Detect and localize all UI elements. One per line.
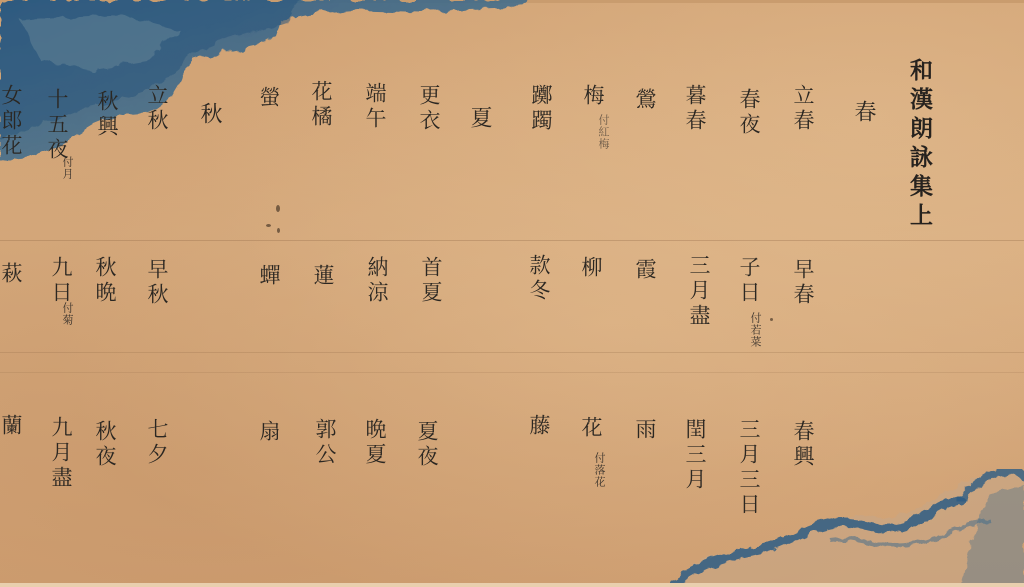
topic-kokonoka: 九日 (50, 256, 71, 306)
topic-fuji: 藤 (528, 414, 549, 439)
topic-ogi: 扇 (258, 420, 279, 445)
annotation-kiku: 付菊 (62, 302, 73, 326)
topic-jugoya: 十五夜 (46, 88, 67, 163)
fold-line (0, 352, 1024, 353)
ink-speck (266, 224, 271, 227)
topic-shuka: 首夏 (420, 256, 441, 306)
topic-tanabata: 七夕 (146, 418, 167, 468)
book-title: 和漢朗詠集上 (908, 58, 931, 232)
topic-tango: 端午 (364, 82, 385, 132)
topic-kugatsujin: 九月盡 (50, 416, 71, 491)
topic-yamabuki: 款冬 (528, 254, 549, 304)
topic-hana: 花 (580, 416, 601, 441)
fold-line (0, 372, 1024, 373)
topic-shunkyo: 春興 (792, 420, 813, 470)
topic-yanagi: 柳 (580, 256, 601, 281)
blue-cloud-decoration-top (0, 0, 540, 170)
manuscript-page: 和漢朗詠集上 春 立春 春夜 暮春 鶯 梅 付紅梅 躑躅 夏 更衣 端午 花橘 … (0, 0, 1024, 587)
topic-kasumi: 霞 (634, 258, 655, 283)
topic-shunya: 春夜 (738, 88, 759, 138)
topic-shukyo: 秋興 (96, 90, 117, 140)
topic-sangatsumikka: 三月三日 (738, 418, 759, 518)
topic-hotaru: 螢 (258, 86, 279, 111)
blue-cloud-decoration-bottom (660, 465, 1024, 587)
topic-soshu: 早秋 (146, 258, 167, 308)
topic-hanatachibana: 花橘 (310, 80, 331, 130)
topic-uguisu: 鶯 (634, 88, 655, 113)
annotation-kobai: 付紅梅 (598, 114, 609, 150)
ink-speck (277, 228, 280, 233)
topic-risshun: 立春 (792, 84, 813, 134)
topic-boshun: 暮春 (684, 84, 705, 134)
topic-tsutsuji: 躑躅 (530, 84, 551, 134)
section-heading-summer: 夏 (468, 106, 490, 132)
topic-ame: 雨 (634, 418, 655, 443)
ink-speck (770, 318, 773, 321)
topic-urusangatsu: 閏三月 (684, 418, 705, 493)
topic-hasu: 蓮 (312, 264, 333, 289)
fold-line (0, 240, 1024, 241)
topic-ran: 蘭 (0, 414, 21, 439)
topic-shuya: 秋夜 (94, 420, 115, 470)
bottom-edge (0, 583, 1024, 587)
topic-nenohi: 子日 (738, 256, 759, 306)
annotation-tsuki: 付月 (62, 156, 73, 180)
topic-soshun: 早春 (792, 258, 813, 308)
topic-hagi: 萩 (0, 262, 21, 287)
ink-speck (276, 205, 280, 212)
topic-kaya: 夏夜 (416, 420, 437, 470)
topic-risshu: 立秋 (146, 84, 167, 134)
topic-ume: 梅 (582, 84, 603, 109)
topic-hototogisu: 郭公 (314, 418, 335, 468)
topic-semi: 蟬 (258, 264, 279, 289)
topic-sangatsujin: 三月盡 (688, 254, 709, 329)
section-heading-spring: 春 (852, 100, 874, 126)
annotation-wakana: 付若菜 (750, 312, 761, 348)
topic-ominaeshi: 女郎花 (0, 84, 21, 159)
topic-banka: 晩夏 (364, 418, 385, 468)
annotation-rakka: 付落花 (594, 452, 605, 488)
topic-ryo: 納涼 (366, 256, 387, 306)
topic-koromogae: 更衣 (418, 84, 439, 134)
section-heading-autumn: 秋 (198, 102, 220, 128)
topic-shuban: 秋晩 (94, 256, 115, 306)
